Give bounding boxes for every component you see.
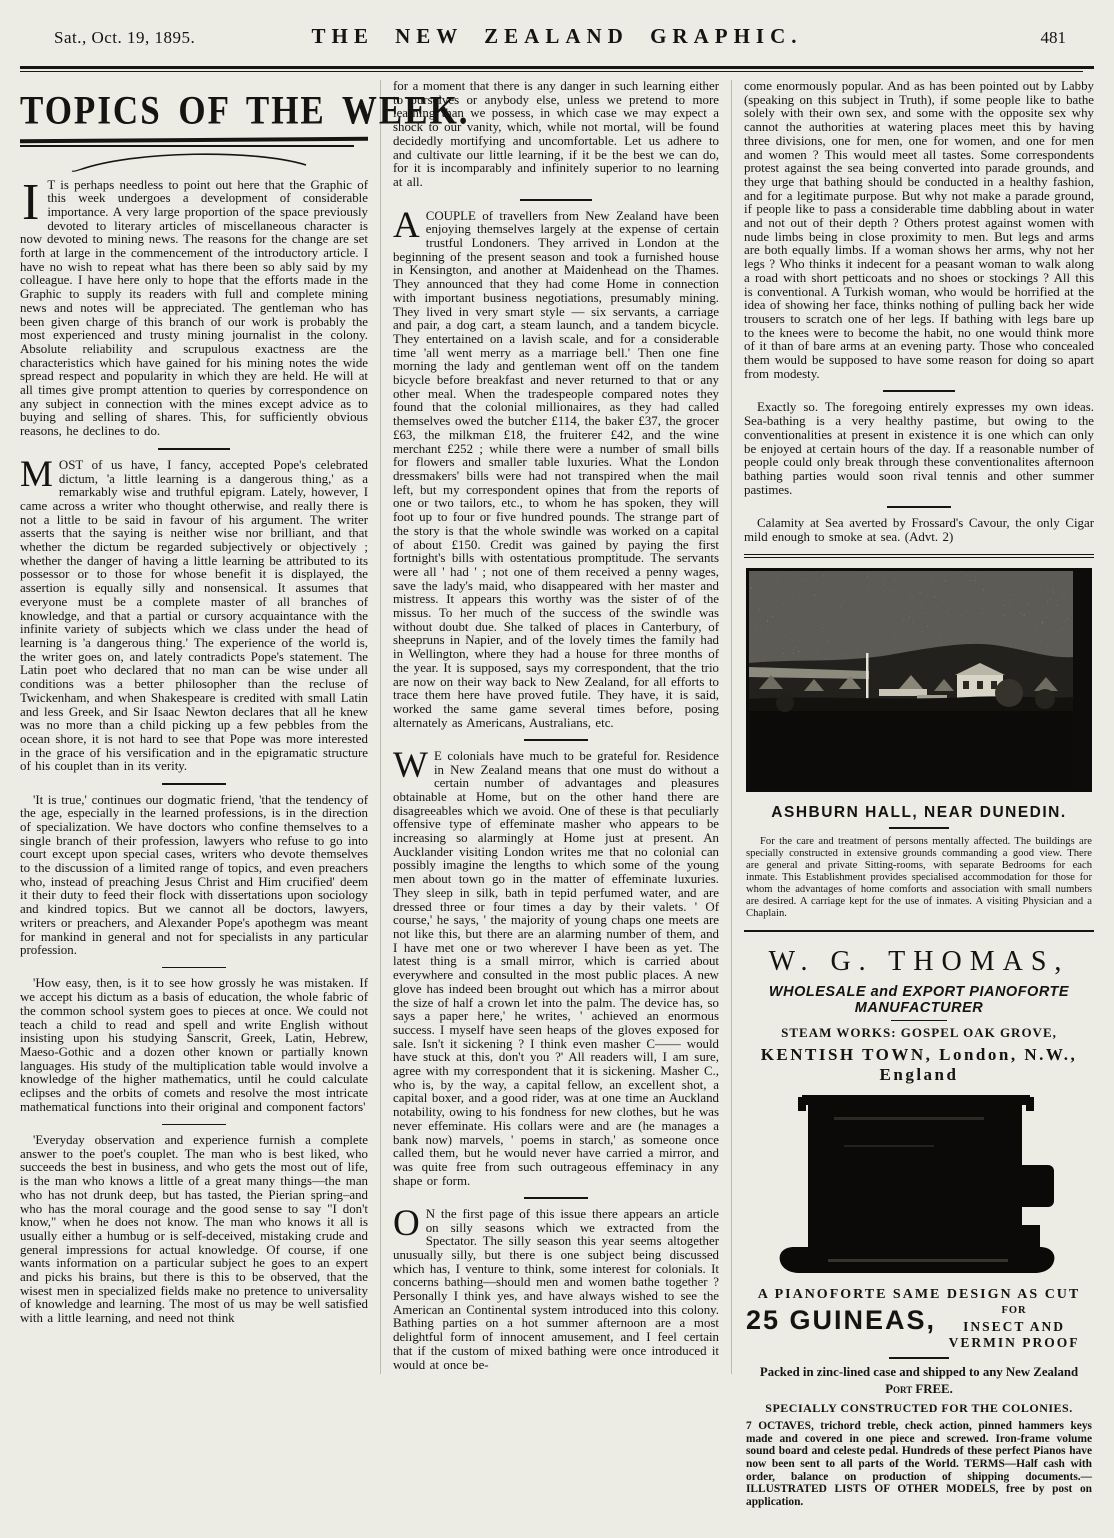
advert-subtitle: WHOLESALE and EXPORT PIANOFORTE MANUFACT… (744, 984, 1094, 1016)
advert-address: KENTISH TOWN, London, N.W., England (744, 1045, 1094, 1085)
heading-flourish (64, 149, 324, 173)
advert-port-line: Port FREE. (744, 1382, 1094, 1397)
advert-price: 25 GUINEAS, (746, 1305, 936, 1336)
article-paragraph: WE colonials have much to be grateful fo… (393, 750, 719, 1189)
paragraph-text: OST of us have, I fancy, accepted Pope's… (20, 458, 368, 773)
section-divider (524, 1197, 588, 1199)
paragraph-text: come enormously popular. And as has been… (744, 79, 1094, 381)
piano-illustration (774, 1087, 1064, 1283)
page-number: 481 (1041, 28, 1067, 48)
advert-line: Calamity at Sea averted by Frossard's Ca… (744, 517, 1094, 544)
article-paragraph: MOST of us have, I fancy, accepted Pope'… (20, 459, 368, 774)
masthead-rule (20, 66, 1094, 69)
paragraph-text: COUPLE of travellers from New Zealand ha… (393, 209, 719, 730)
column-layout: TOPICS OF THE WEEK. IT is perhaps needle… (20, 80, 1094, 1508)
section-divider (158, 448, 230, 450)
paragraph-text: 'It is true,' continues our dogmatic fri… (20, 793, 368, 958)
pianoforte-advert: W. G. THOMAS, WHOLESALE and EXPORT PIANO… (744, 930, 1094, 1509)
masthead: Sat., Oct. 19, 1895. THE NEW ZEALAND GRA… (20, 18, 1094, 58)
advert-company-name: W. G. THOMAS, (744, 946, 1094, 978)
advert-design-line: A PIANOFORTE SAME DESIGN AS CUT (744, 1287, 1094, 1303)
section-divider (162, 783, 226, 785)
heading-rule-heavy (20, 137, 368, 143)
article-paragraph: Exactly so. The foregoing entirely expre… (744, 401, 1094, 497)
heading-rule-thin (20, 145, 354, 147)
section-divider (887, 506, 951, 508)
masthead-rule-thin (20, 71, 1083, 72)
advert-mini-rule (891, 1020, 947, 1022)
right-column: come enormously popular. And as has been… (732, 80, 1094, 1508)
drop-cap: A (393, 210, 426, 239)
newspaper-page: Sat., Oct. 19, 1895. THE NEW ZEALAND GRA… (0, 0, 1114, 1538)
left-column: TOPICS OF THE WEEK. IT is perhaps needle… (20, 80, 380, 1328)
drop-cap: W (393, 750, 434, 779)
photo-top-rule-thin (744, 557, 1094, 558)
advert-price-row: 25 GUINEAS, FOR INSECT AND VERMIN PROOF (744, 1305, 1094, 1351)
section-divider (520, 199, 592, 201)
photo-description: For the care and treatment of persons me… (746, 836, 1092, 919)
advert-works-line: STEAM WORKS: GOSPEL OAK GROVE, (744, 1025, 1094, 1041)
article-paragraph: ON the first page of this issue there ap… (393, 1208, 719, 1372)
advert-divider (889, 1357, 949, 1359)
advert-colonies-line: SPECIALLY CONSTRUCTED FOR THE COLONIES. (744, 1401, 1094, 1416)
section-divider (524, 739, 588, 741)
paragraph-text: Calamity at Sea averted by Frossard's Ca… (744, 516, 1094, 544)
paragraph-text: 'How easy, then, is it to see how grossl… (20, 976, 368, 1113)
section-heading: TOPICS OF THE WEEK. (20, 88, 368, 134)
drop-cap: O (393, 1208, 426, 1237)
advert-packed-line: Packed in zinc-lined case and shipped to… (744, 1365, 1094, 1380)
paper-title: THE NEW ZEALAND GRAPHIC. (20, 24, 1094, 49)
article-paragraph: 'It is true,' continues our dogmatic fri… (20, 794, 368, 958)
advert-proof-block: FOR INSECT AND VERMIN PROOF (936, 1305, 1092, 1351)
ashburn-hall-photo (746, 568, 1092, 792)
article-paragraph: ACOUPLE of travellers from New Zealand h… (393, 210, 719, 731)
caption-rule (889, 827, 949, 829)
drop-cap: M (20, 459, 59, 488)
section-divider (162, 1124, 226, 1126)
photo-top-rule (744, 554, 1094, 555)
advert-details: 7 OCTAVES, trichord treble, check action… (746, 1420, 1092, 1508)
middle-column: for a moment that there is any danger in… (380, 80, 732, 1374)
advert-proof-line: INSECT AND VERMIN PROOF (936, 1319, 1092, 1351)
paragraph-text: N the first page of this issue there app… (393, 1207, 719, 1372)
article-paragraph: IT is perhaps needless to point out here… (20, 179, 368, 439)
paragraph-text: E colonials have much to be grateful for… (393, 749, 719, 1188)
drop-cap: I (20, 179, 47, 223)
paragraph-text: Exactly so. The foregoing entirely expre… (744, 400, 1094, 496)
article-paragraph: 'Everyday observation and experience fur… (20, 1134, 368, 1326)
advert-for-label: FOR (936, 1305, 1092, 1316)
section-divider (883, 390, 955, 392)
section-divider (162, 967, 226, 969)
photo-caption: ASHBURN HALL, NEAR DUNEDIN. (744, 804, 1094, 822)
article-paragraph: 'How easy, then, is it to see how grossl… (20, 977, 368, 1114)
paragraph-text: T is perhaps needless to point out here … (20, 178, 368, 439)
article-paragraph: come enormously popular. And as has been… (744, 80, 1094, 381)
paragraph-text: 'Everyday observation and experience fur… (20, 1133, 368, 1325)
